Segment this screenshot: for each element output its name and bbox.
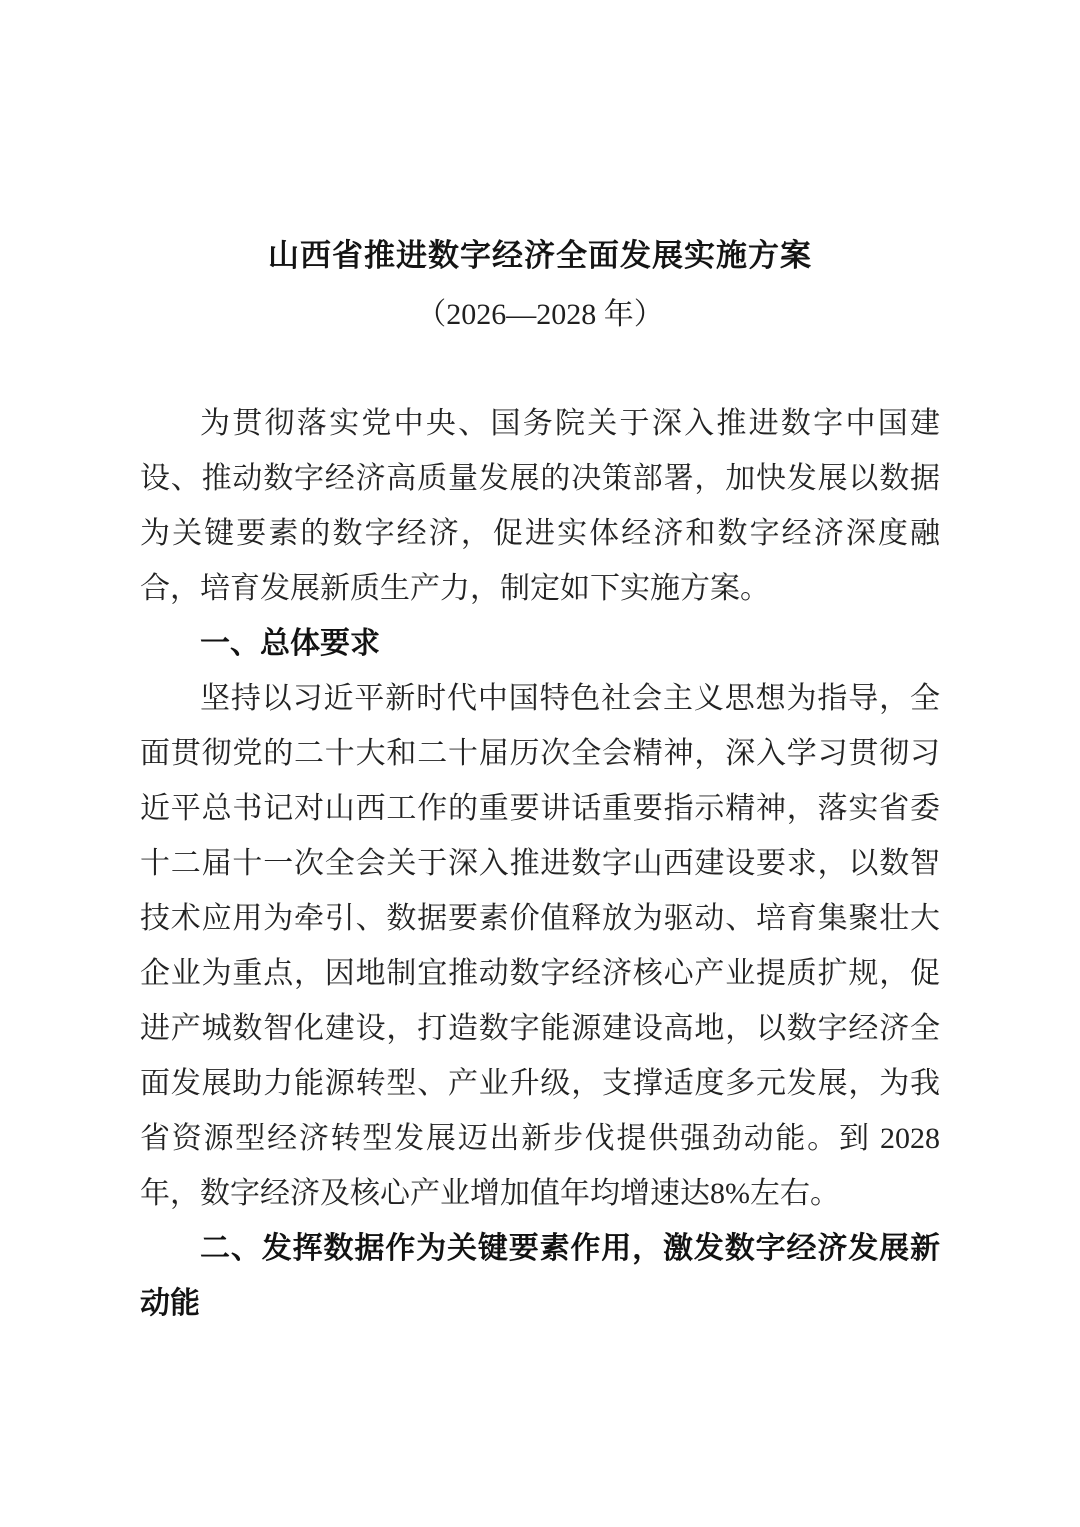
section-heading-data-key-element: 二、发挥数据作为关键要素作用，激发数字经济发展新动能 <box>140 1221 940 1331</box>
document-page: 山西省推进数字经济全面发展实施方案 （2026—2028 年） 为贯彻落实党中央… <box>0 0 1080 1527</box>
paragraph-overall-requirements: 坚持以习近平新时代中国特色社会主义思想为指导，全面贯彻党的二十大和二十届历次全会… <box>140 671 940 1221</box>
document-body: 为贯彻落实党中央、国务院关于深入推进数字中国建设、推动数字经济高质量发展的决策部… <box>140 396 940 1331</box>
paragraph-preamble: 为贯彻落实党中央、国务院关于深入推进数字中国建设、推动数字经济高质量发展的决策部… <box>140 396 940 616</box>
document-subtitle: （2026—2028 年） <box>140 296 940 334</box>
section-heading-overall-requirements: 一、总体要求 <box>140 616 940 671</box>
document-title: 山西省推进数字经济全面发展实施方案 <box>140 236 940 276</box>
